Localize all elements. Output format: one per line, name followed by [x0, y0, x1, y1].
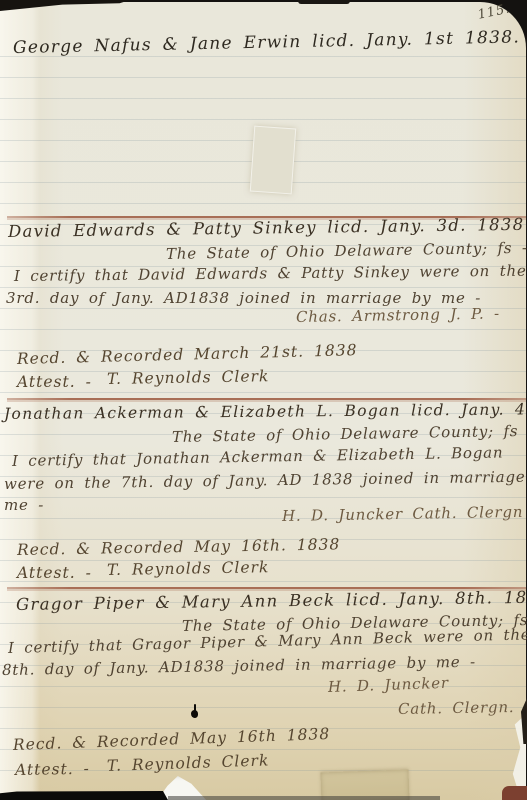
entry-4-signature-line-2: Cath. Clergn. -	[398, 698, 527, 718]
book-edge-shadow	[0, 791, 168, 800]
entry-4-signature-line-1: H. D. Juncker	[328, 674, 449, 696]
book-cover-corner	[502, 786, 527, 800]
entry-1-heading: George Nafus & Jane Erwin licd. Jany. 1s…	[13, 27, 527, 58]
entry-3-certify-line-3: me -	[4, 496, 44, 514]
scanned-ledger-photo: 115. George Nafus & Jane Erwin licd. Jan…	[0, 0, 527, 800]
entry-2-heading: David Edwards & Patty Sinkey licd. Jany.…	[8, 215, 527, 241]
entry-3-attest-label: Attest. -	[17, 564, 92, 582]
photo-dark-edge-top	[298, 0, 350, 4]
entry-4-attest-label: Attest. -	[15, 760, 90, 779]
book-edge-shadow-light	[168, 796, 440, 800]
entry-4-heading: Gragor Piper & Mary Ann Beck licd. Jany.…	[16, 587, 527, 614]
entry-2-recorded: Recd. & Recorded March 21st. 1838	[17, 341, 358, 368]
entry-2-certify-line-1: I certify that David Edwards & Patty Sin…	[14, 262, 527, 285]
entry-2-certify-line-2: 3rd. day of Jany. AD1838 joined in marri…	[6, 289, 481, 307]
ink-blot	[191, 710, 198, 718]
entry-2-jurisdiction: The State of Ohio Delaware County; fs -	[166, 239, 527, 263]
entry-3-clerk-signature: T. Reynolds Clerk	[107, 558, 270, 579]
entry-3-recorded: Recd. & Recorded May 16th. 1838	[17, 535, 341, 559]
tape-repair-patch	[250, 126, 297, 195]
page-left-edge	[0, 2, 40, 800]
entry-2-signature: Chas. Armstrong J. P. -	[296, 304, 500, 326]
section-rule-2	[7, 398, 526, 400]
entry-3-signature: H. D. Juncker Cath. Clergn -	[282, 503, 527, 525]
ledger-page: 115. George Nafus & Jane Erwin licd. Jan…	[0, 2, 526, 800]
page-number: 115.	[476, 1, 511, 23]
entry-4-clerk-signature: T. Reynolds Clerk	[107, 751, 270, 775]
entry-3-certify-line-1: I certify that Jonathan Ackerman & Eliza…	[12, 443, 504, 470]
entry-3-certify-line-2: were on the 7th. day of Jany. AD 1838 jo…	[4, 467, 527, 493]
entry-3-heading: Jonathan Ackerman & Elizabeth L. Bogan l…	[4, 400, 527, 423]
entry-4-recorded: Recd. & Recorded May 16th 1838	[13, 725, 331, 754]
entry-2-attest-label: Attest. -	[17, 373, 92, 391]
entry-2-clerk-signature: T. Reynolds Clerk	[107, 367, 270, 388]
entry-3-jurisdiction: The State of Ohio Delaware County; fs -	[172, 422, 527, 446]
